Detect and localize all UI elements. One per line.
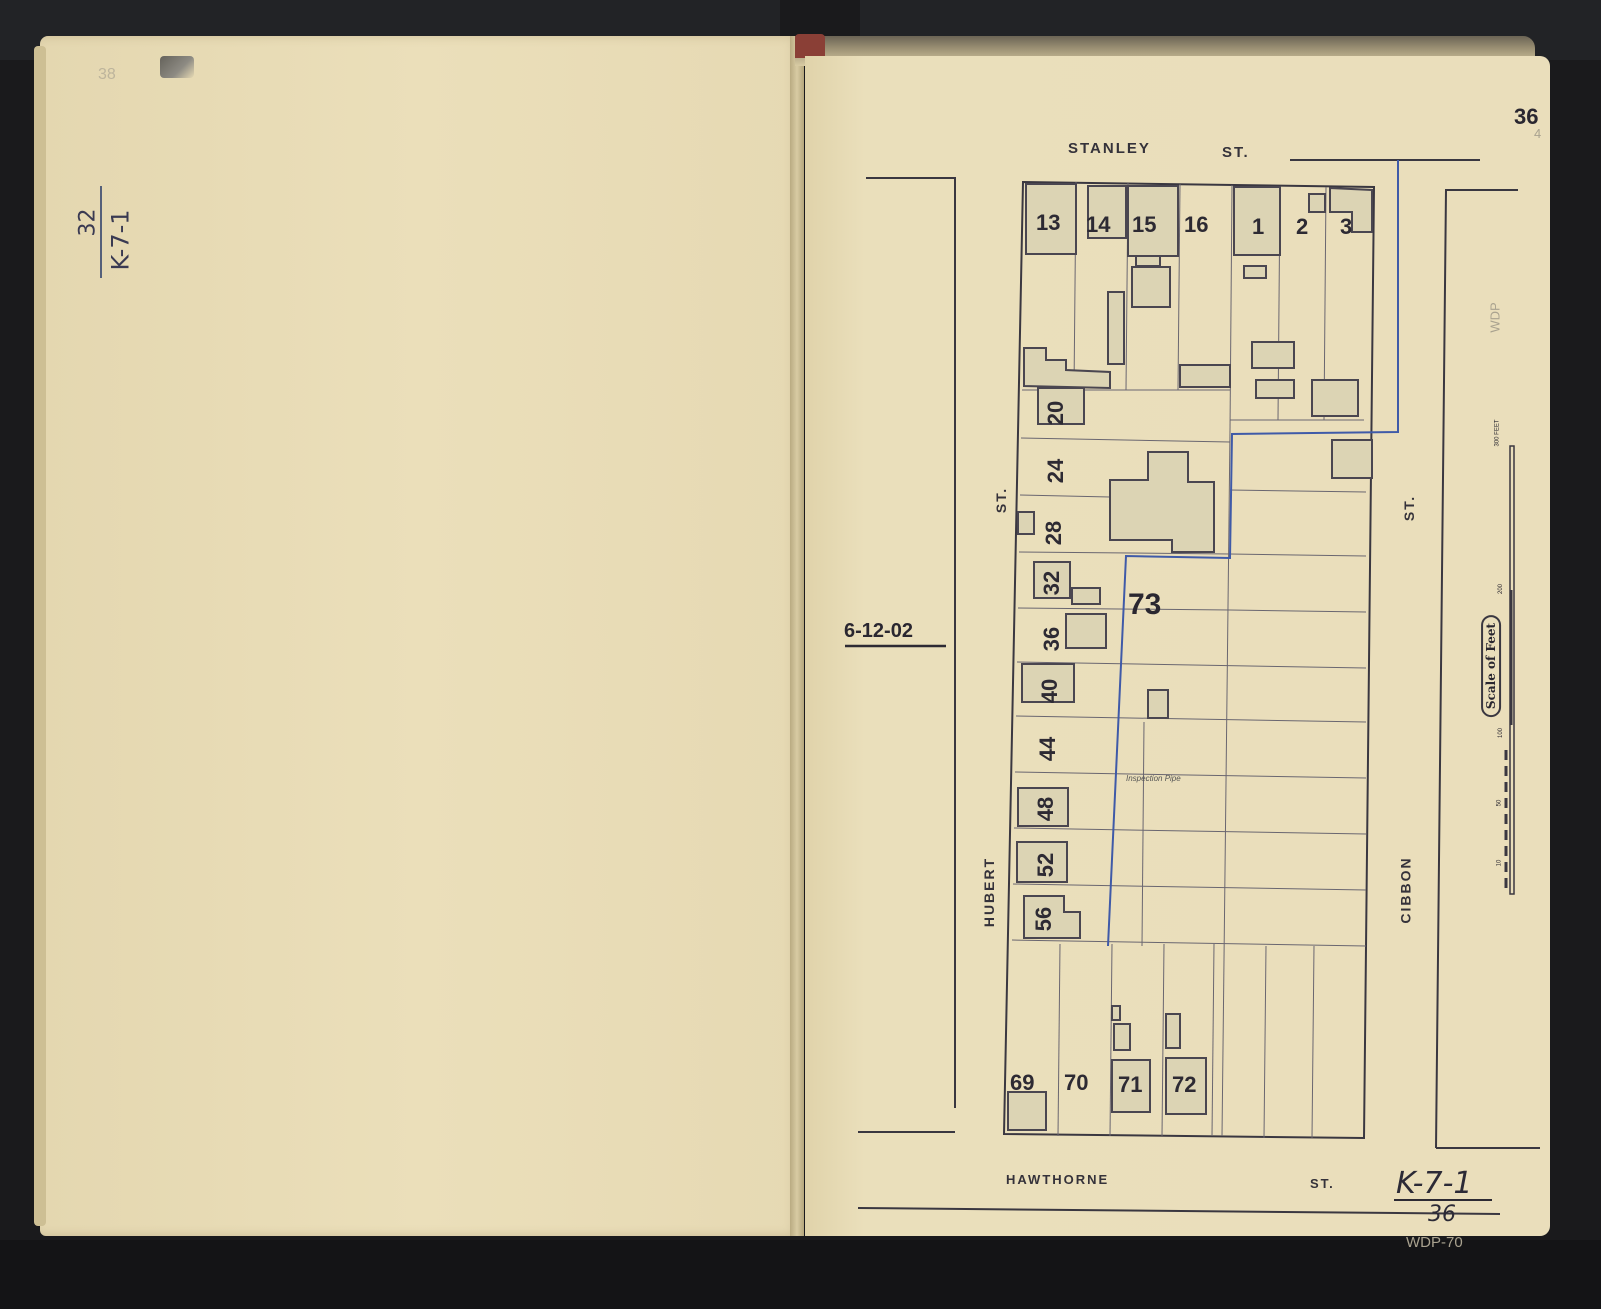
street-label-hubert: HUBERT [981,857,997,927]
scale-tick-10: 10 [1496,860,1502,867]
lot-56: 56 [1031,907,1057,931]
lot-69: 69 [1010,1070,1034,1096]
lot-71: 71 [1118,1072,1142,1098]
map-id: K-7-1 [1396,1166,1472,1201]
street-label-gibbon: CIBBON [1398,856,1414,923]
lot-1: 1 [1252,214,1264,240]
lot-14: 14 [1086,212,1110,238]
street-suffix-stanley: ST. [1222,144,1250,161]
lot-36: 36 [1039,627,1065,651]
street-suffix-hawthorne: ST. [1310,1176,1335,1191]
lot-16: 16 [1184,212,1208,238]
map-sub-number: 36 [1428,1202,1456,1227]
street-label-stanley: STANLEY [1068,140,1151,157]
map-linework [0,0,1601,1309]
parcel-73: 73 [1128,588,1161,622]
scale-tick-100: 100 [1498,728,1504,738]
pencil-note-bottom: WDP-70 [1406,1234,1463,1251]
lot-44: 44 [1035,737,1061,761]
lot-24: 24 [1043,459,1069,483]
lot-32: 32 [1039,571,1065,595]
street-label-hawthorne: HAWTHORNE [1006,1172,1109,1187]
lot-3: 3 [1340,214,1352,240]
scale-unit-label: 300 FEET [1495,419,1501,446]
street-suffix-hubert: ST. [993,487,1009,513]
page-number-annotation: 4 [1534,126,1541,141]
lot-72: 72 [1172,1072,1196,1098]
lot-13: 13 [1036,210,1060,236]
scale-tick-50: 50 [1496,800,1502,807]
lot-15: 15 [1132,212,1156,238]
lot-2: 2 [1296,214,1308,240]
hubert-west-curb [866,178,955,1108]
lot-28: 28 [1041,521,1067,545]
lot-40: 40 [1037,679,1063,703]
lot-48: 48 [1033,797,1059,821]
map-date: 6-12-02 [844,620,913,643]
scale-tick-200: 200 [1498,584,1504,594]
scale-title: Scale of Feet [1481,615,1501,717]
lot-52: 52 [1033,853,1059,877]
lot-70: 70 [1064,1070,1088,1096]
lot-20: 20 [1043,401,1069,425]
street-suffix-gibbon: ST. [1401,495,1417,521]
pencil-note-side: WDP [1488,302,1503,332]
inspection-pipe-note: Inspection Pipe [1126,774,1181,783]
